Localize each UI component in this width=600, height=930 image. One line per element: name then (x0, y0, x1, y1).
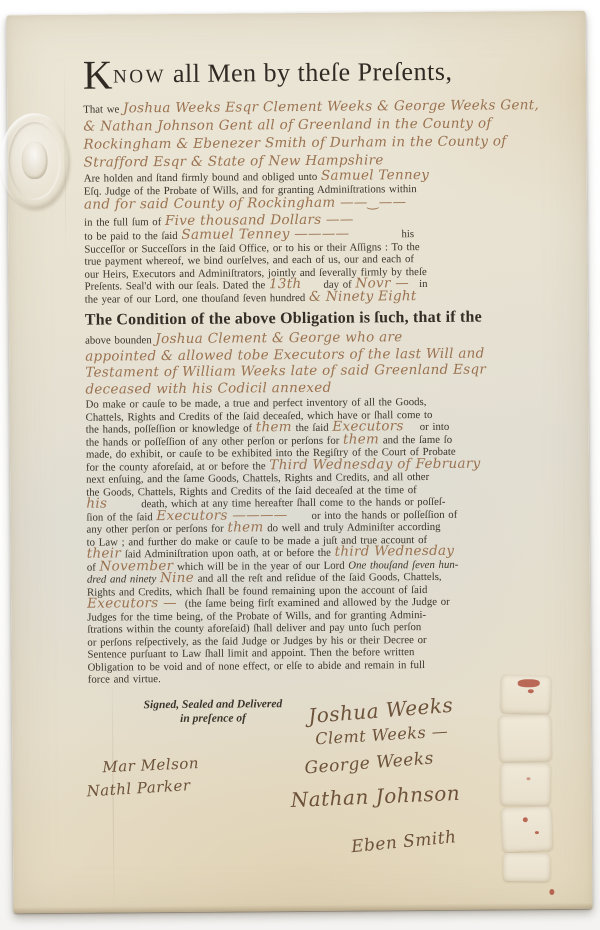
printed-text: and the ſame ſo (383, 433, 452, 446)
handwritten-text: them (227, 519, 263, 535)
photo-of-document: KNOW all Men by theſe Preſents, That we … (0, 0, 600, 930)
handwritten-text: Joshua Clement & George who are (155, 329, 402, 347)
red-wax-speck (528, 689, 534, 693)
printed-text: in (419, 278, 428, 290)
party-signature: Eben Smith (350, 827, 457, 857)
red-wax-speck (535, 831, 539, 834)
condition-heading: The Condition of the above Obligation is… (85, 308, 489, 331)
wax-seal-remnant (500, 763, 550, 805)
handwritten-text: & Nathan Johnson Gent all of Greenland i… (83, 115, 491, 134)
witness-signatures: Mar MelsonNathl Parker (6, 11, 585, 16)
printed-text: to be paid to the ſaid (84, 230, 181, 243)
printed-text: of (87, 561, 100, 573)
red-wax-speck (523, 817, 528, 822)
handwritten-text: and for said County of Rockingham ——‿—— (84, 194, 407, 213)
document-line: force and virtue. (88, 670, 492, 686)
wax-seal-remnant (503, 853, 550, 881)
handwritten-text: & Ninety Eight (309, 288, 417, 305)
party-signature: George Weeks (304, 748, 435, 778)
printed-text: ſion of the ſaid (86, 511, 156, 524)
printed-text: for the county aforeſaid, at or before t… (86, 460, 269, 473)
embossed-notary-seal-icon (0, 113, 70, 210)
document-body: KNOW all Men by theſe Preſents, That we … (83, 52, 492, 687)
printed-text: or into the hands or poſſeſſion of (311, 508, 457, 521)
handwritten-text: his (86, 496, 107, 512)
party-signatures: Joshua WeeksClemt Weeks —George WeeksNat… (6, 11, 585, 16)
handwritten-text: deceased with his Codicil annexed (85, 379, 331, 397)
opening-paragraph: That we Joshua Weeks Esqr Clement Weeks … (83, 98, 489, 306)
printed-text: the ſaid (292, 422, 333, 434)
printed-text: That we (83, 103, 123, 115)
attestation-caption: Signed, Sealed and Delivered in preſence… (124, 697, 302, 726)
wax-seal-remnant (499, 715, 552, 762)
printed-text: any other perſon or perſons for (86, 523, 227, 536)
document-line: Rockingham & Ebenezer Smith of Durham in… (83, 134, 487, 155)
italic-printed-text: dred and ninety (87, 573, 160, 586)
printed-text: which will be in the year of our Lord (173, 559, 348, 572)
printed-text: force and virtue. (88, 673, 161, 686)
handwritten-text: Third Wednesday of February (269, 455, 480, 473)
document-title: KNOW all Men by theſe Preſents, (83, 52, 487, 101)
handwritten-text: them (343, 431, 379, 447)
handwritten-text: them (256, 419, 292, 435)
witness-signature: Nathl Parker (86, 776, 191, 800)
printed-text: Preſents. Seal'd with our ſeals. Dated t… (85, 279, 269, 292)
printed-text: above bounden (85, 334, 155, 347)
attestation-line-2: in preſence of (124, 711, 302, 726)
printed-text: his (401, 228, 414, 240)
handwritten-text: third Wednesday (335, 543, 455, 560)
handwritten-text: Executors — (87, 595, 177, 612)
attestation-line-1: Signed, Sealed and Delivered (124, 697, 302, 712)
printed-text: the year of our Lord, one thouſand ſeven… (85, 291, 309, 305)
italic-printed-text: One thouſand ſeven hun- (348, 558, 458, 571)
document-paper: KNOW all Men by theſe Preſents, That we … (6, 11, 592, 914)
red-wax-speck (518, 679, 540, 687)
handwritten-text: Testament of William Weeks late of said … (85, 362, 486, 381)
handwritten-text: Rockingham & Ebenezer Smith of Durham in… (83, 133, 506, 152)
document-line: the year of our Lord, one thouſand ſeven… (85, 290, 489, 306)
handwritten-text: Nine (160, 570, 194, 586)
printed-text: or into (420, 421, 450, 433)
red-ink-spot (549, 889, 554, 895)
handwritten-text: 13th (269, 276, 302, 292)
printed-text: the hands, poſſeſſion or knowledge of (86, 422, 256, 435)
printed-text: in the full ſum of (84, 216, 165, 229)
printed-text: Obligation to be void and of none effect… (88, 659, 426, 674)
red-wax-speck (526, 777, 530, 780)
handwritten-text: Executors ———— (156, 507, 287, 524)
party-signature: Nathan Johnson (290, 781, 460, 812)
title-small-caps: NOW (113, 66, 166, 87)
handwritten-text: Joshua Weeks Esqr Clement Weeks & George… (123, 97, 539, 116)
title-drop-cap: K (83, 51, 113, 97)
title-text: all Men by theſe Preſents, (166, 57, 453, 88)
handwritten-text: Samuel Tenney (321, 167, 429, 184)
printed-text: do well and truly Adminiſter according (264, 521, 441, 534)
condition-paragraph: above bounden Joshua Clement & George wh… (85, 330, 492, 687)
witness-signature: Mar Melson (102, 754, 199, 776)
wax-seal-remnant (501, 806, 553, 852)
printed-text: Are holden and ſtand firmly bound and ob… (84, 171, 321, 185)
